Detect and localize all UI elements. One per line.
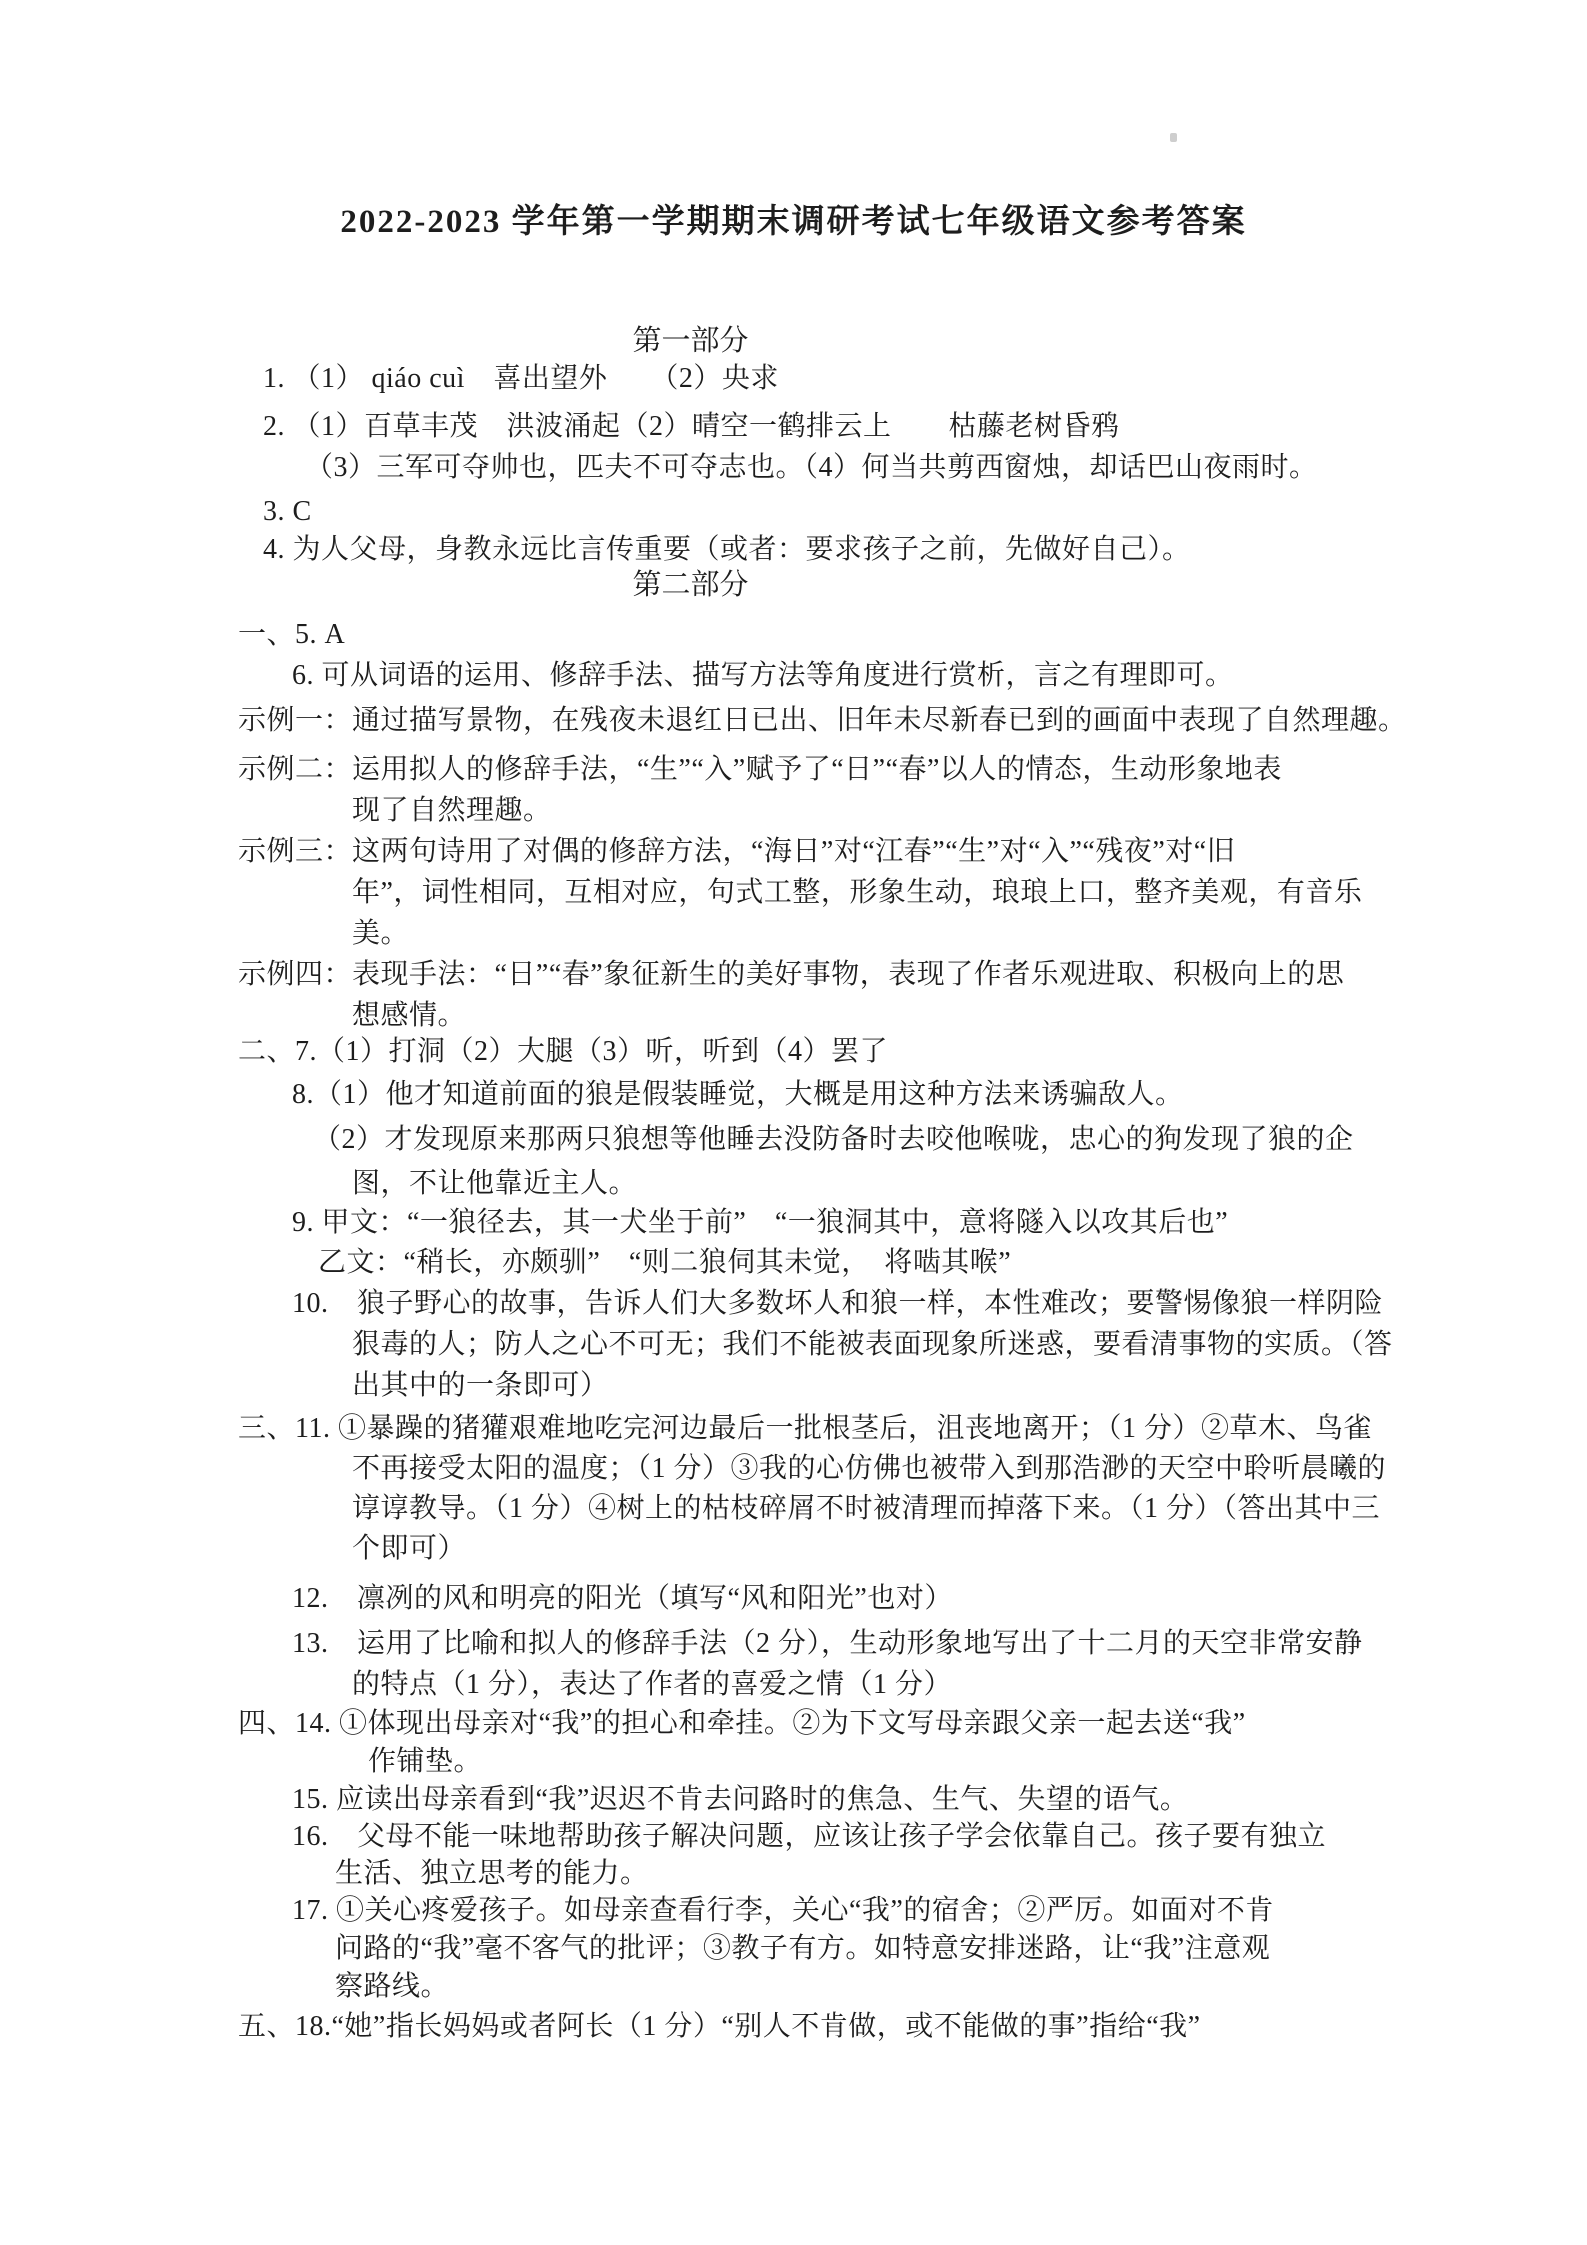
answer-line: 示例一：通过描写景物，在残夜未退红日已出、旧年未尽新春已到的画面中表现了自然理趣… [238, 700, 1577, 741]
section-heading-part2: 第二部分 [0, 565, 1484, 606]
document-title: 2022-2023 学年第一学期期末调研考试七年级语文参考答案 [0, 0, 1587, 244]
answer-line: 图，不让他靠近主人。 [238, 1163, 1577, 1204]
answer-line: 现了自然理趣。 [238, 790, 1577, 831]
answer-line: 年”，词性相同，互相对应，句式工整，形象生动，琅琅上口，整齐美观，有音乐 [238, 872, 1577, 913]
answer-line: 16. 父母不能一味地帮助孩子解决问题，应该让孩子学会依靠自己。孩子要有独立 [238, 1816, 1577, 1857]
answer-line: 二、7.（1）打洞（2）大腿（3）听，听到（4）罢了 [238, 1031, 1577, 1072]
answer-line: 示例三：这两句诗用了对偶的修辞方法，“海日”对“江春”“生”对“入”“残夜”对“… [238, 831, 1577, 872]
answer-line: 8.（1）他才知道前面的狼是假装睡觉，大概是用这种方法来诱骗敌人。 [238, 1074, 1577, 1115]
answer-line: 1. （1） qiáo cuì 喜出望外 （2）央求 [238, 358, 1577, 399]
answer-line: 四、14. ①体现出母亲对“我”的担心和牵挂。②为下文写母亲跟父亲一起去送“我” [238, 1703, 1577, 1744]
answer-line: 谆谆教导。（1 分）④树上的枯枝碎屑不时被清理而掉落下来。（1 分）（答出其中三 [238, 1488, 1577, 1529]
answer-line: 狠毒的人；防人之心不可无；我们不能被表面现象所迷惑，要看清事物的实质。（答 [238, 1324, 1577, 1365]
answer-line: 作铺垫。 [238, 1741, 1577, 1782]
answer-line: 生活、独立思考的能力。 [238, 1853, 1577, 1894]
answer-line: 3. C [238, 491, 1577, 532]
answer-line: 出其中的一条即可） [238, 1365, 1577, 1406]
answer-line: （2）才发现原来那两只狼想等他睡去没防备时去咬他喉咙，忠心的狗发现了狼的企 [238, 1119, 1577, 1160]
answer-line: 9. 甲文：“一狼径去，其一犬坐于前” “一狼洞其中，意将隧入以攻其后也” [238, 1202, 1577, 1243]
answer-line: 三、11. ①暴躁的猪獾艰难地吃完河边最后一批根茎后，沮丧地离开；（1 分）②草… [238, 1408, 1577, 1449]
answer-line: 五、18.“她”指长妈妈或者阿长（1 分）“别人不肯做，或不能做的事”指给“我” [238, 2006, 1577, 2047]
answer-line: 不再接受太阳的温度；（1 分）③我的心仿佛也被带入到那浩渺的天空中聆听晨曦的 [238, 1448, 1577, 1489]
answer-line: 6. 可从词语的运用、修辞手法、描写方法等角度进行赏析，言之有理即可。 [238, 655, 1577, 696]
answer-line: （3）三军可夺帅也，匹夫不可夺志也。（4）何当共剪西窗烛，却话巴山夜雨时。 [238, 447, 1577, 488]
answer-line: 4. 为人父母，身教永远比言传重要（或者：要求孩子之前，先做好自己）。 [238, 529, 1577, 570]
answer-line: 17. ①关心疼爱孩子。如母亲查看行李，关心“我”的宿舍；②严厉。如面对不肯 [238, 1890, 1577, 1931]
answer-line: 美。 [238, 913, 1577, 954]
answer-line: 的特点（1 分），表达了作者的喜爱之情（1 分） [238, 1664, 1577, 1705]
answer-line: 乙文：“稍长，亦颇驯” “则二狼伺其未觉， 将啮其喉” [238, 1242, 1577, 1283]
answer-line: 12. 凛冽的风和明亮的阳光（填写“风和阳光”也对） [238, 1578, 1577, 1619]
answer-line: 一、5. A [238, 614, 1577, 655]
answer-line: 15. 应读出母亲看到“我”迟迟不肯去问路时的焦急、生气、失望的语气。 [238, 1779, 1577, 1820]
answer-line: 10. 狼子野心的故事，告诉人们大多数坏人和狼一样，本性难改；要警惕像狼一样阴险 [238, 1283, 1577, 1324]
answer-line: 个即可） [238, 1528, 1577, 1569]
section-heading-part1: 第一部分 [0, 321, 1484, 362]
scanned-answer-key-page: 2022-2023 学年第一学期期末调研考试七年级语文参考答案 第一部分 1. … [0, 0, 1587, 2245]
answer-line: 察路线。 [238, 1966, 1577, 2007]
answer-line: 13. 运用了比喻和拟人的修辞手法（2 分），生动形象地写出了十二月的天空非常安… [238, 1623, 1577, 1664]
part2-answers: 一、5. A6. 可从词语的运用、修辞手法、描写方法等角度进行赏析，言之有理即可… [0, 614, 1587, 2047]
answer-line: 示例二：运用拟人的修辞手法，“生”“入”赋予了“日”“春”以人的情态，生动形象地… [238, 749, 1577, 790]
part1-answers: 1. （1） qiáo cuì 喜出望外 （2）央求2. （1）百草丰茂 洪波涌… [0, 358, 1587, 570]
scan-artifact-dot [1170, 133, 1177, 142]
answer-line: 想感情。 [238, 995, 1577, 1036]
answer-line: 示例四：表现手法：“日”“春”象征新生的美好事物，表现了作者乐观进取、积极向上的… [238, 954, 1577, 995]
answer-line: 2. （1）百草丰茂 洪波涌起（2）晴空一鹤排云上 枯藤老树昏鸦 [238, 406, 1577, 447]
answer-line: 问路的“我”毫不客气的批评；③教子有方。如特意安排迷路，让“我”注意观 [238, 1928, 1577, 1969]
